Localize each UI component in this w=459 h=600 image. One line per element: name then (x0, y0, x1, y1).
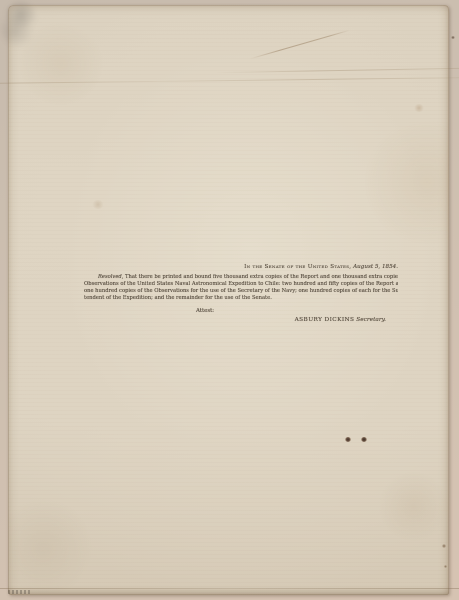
dateline: In the Senate of the United States, Augu… (84, 264, 398, 271)
corner-imprint-mark (8, 590, 32, 594)
resolution-line-4: tendent of the Expedition; and the remai… (84, 295, 398, 302)
resolution-line-3: one hundred copies of the Observations f… (84, 288, 398, 295)
senate-resolution-text-block: In the Senate of the United States, Augu… (84, 264, 398, 324)
dateline-date: August 5, 1854. (353, 264, 398, 270)
resolution-line-1-text: That there be printed and bound five tho… (123, 274, 398, 280)
signature-name: ASBURY DICKINS (295, 317, 355, 323)
scanned-page-stage: In the Senate of the United States, Augu… (0, 0, 459, 600)
resolution-line-1: Resolved, That there be printed and boun… (84, 274, 398, 281)
secretary-signature: ASBURY DICKINS Secretary. (84, 317, 398, 324)
pencil-smudge (0, 0, 38, 48)
signature-title: Secretary. (356, 317, 386, 323)
edge-speck (451, 36, 455, 39)
attest-label: Attest: (84, 308, 398, 315)
dateline-place: In the Senate of the United States, (244, 264, 351, 270)
resolved-lead-word: Resolved, (98, 274, 123, 280)
resolution-line-2: Observations of the United States Naval … (84, 281, 398, 288)
